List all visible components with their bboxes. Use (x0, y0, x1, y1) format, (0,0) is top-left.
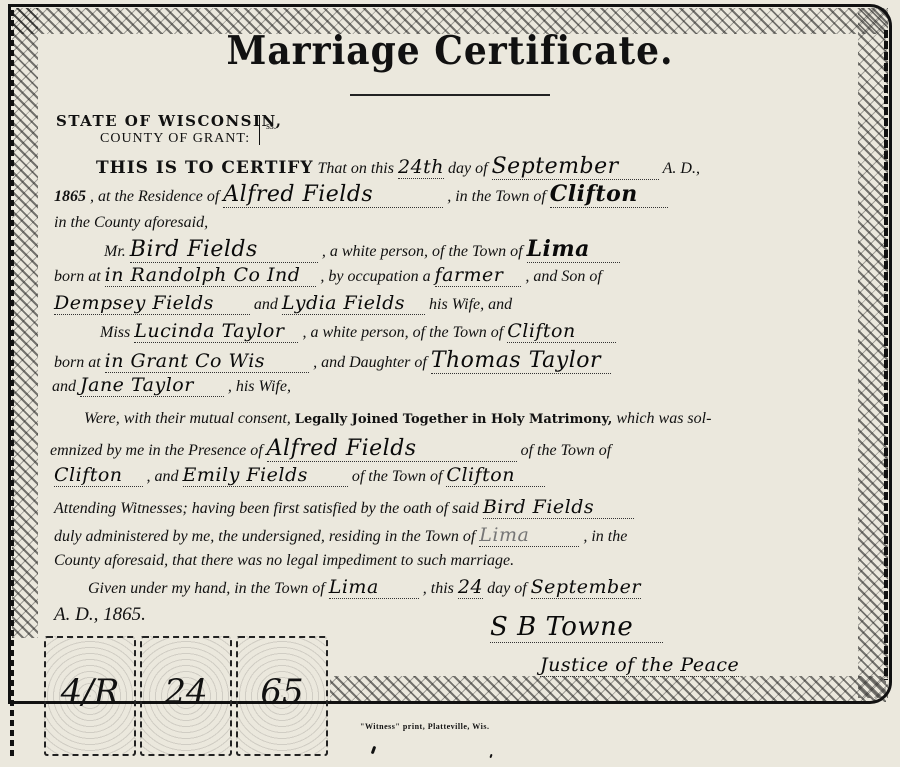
revenue-stamp: 24 (140, 636, 232, 756)
print-text: of the Town of (352, 468, 443, 485)
witness1-name-field: Alfred Fields (267, 436, 517, 462)
month-field: September (492, 154, 659, 180)
bride-mother-field: Jane Taylor (80, 374, 224, 397)
groom-birth-line: born at in Randolph Co Ind , by occupati… (54, 264, 602, 286)
print-text: , and (147, 468, 179, 485)
matrimony-line: Were, with their mutual consent, Legally… (84, 410, 711, 428)
residing-town-field: Lima (479, 524, 579, 547)
oath-of-field: Bird Fields (483, 496, 634, 519)
stamp-cancellation: 4/R (46, 672, 134, 712)
revenue-stamps: 4/R 24 65 (44, 636, 334, 761)
print-text: That on this (318, 160, 394, 177)
print-text: , in the Town of (447, 188, 546, 205)
given-month-field: September (531, 576, 641, 599)
residence-of-field: Alfred Fields (223, 182, 443, 208)
oath-line: Attending Witnesses; having been first s… (54, 496, 634, 518)
bride-birth-line: born at in Grant Co Wis , and Daughter o… (54, 348, 611, 373)
signature-title: Justice of the Peace (540, 654, 739, 677)
border-bar-right (884, 30, 888, 680)
revenue-stamp: 4/R (44, 636, 136, 756)
groom-town-field: Lima (527, 236, 620, 263)
ornamental-border-left (12, 8, 38, 638)
ornamental-border-bottom (330, 676, 886, 702)
groom-father-field: Dempsey Fields (54, 292, 250, 315)
bride-town-field: Clifton (507, 320, 616, 343)
groom-parents-line: Dempsey Fields and Lydia Fields his Wife… (54, 292, 512, 314)
border-bar-left (10, 10, 14, 760)
print-text: duly administered by me, the undersigned… (54, 528, 475, 545)
bride-title: Miss (100, 324, 130, 341)
presence-line: emnized by me in the Presence of Alfred … (50, 436, 611, 461)
print-text: born at (54, 354, 101, 371)
print-text: , in the (583, 528, 627, 545)
print-text: Attending Witnesses; having been first s… (54, 500, 479, 517)
legally-joined-text: Legally Joined Together in Holy Matrimon… (295, 412, 613, 427)
groom-line: Mr. Bird Fields , a white person, of the… (104, 236, 620, 262)
marriage-certificate: Marriage Certificate. STATE OF WISCONSIN… (0, 0, 900, 767)
stamp-cancellation: 65 (238, 672, 326, 712)
certify-line: THIS IS TO CERTIFY That on this 24th day… (96, 154, 700, 179)
print-text: of the Town of (521, 442, 612, 459)
title-divider (350, 94, 550, 96)
print-text: , at the Residence of (90, 188, 219, 205)
bride-father-field: Thomas Taylor (431, 348, 611, 374)
witness2-town-field: Clifton (446, 464, 545, 487)
witness2-name-field: Emily Fields (183, 464, 348, 487)
print-text: emnized by me in the Presence of (50, 442, 263, 459)
ink-speck (489, 754, 492, 758)
year-field: 1865 (54, 188, 86, 205)
witness-line: Clifton , and Emily Fields of the Town o… (54, 464, 545, 486)
printer-imprint: "Witness" print, Platteville, Wis. (360, 722, 489, 731)
print-text: A. D., (663, 160, 700, 177)
print-text: Given under my hand, in the Town of (88, 580, 325, 597)
state-label: STATE OF WISCONSIN, (56, 112, 282, 130)
county-aforesaid: in the County aforesaid, (54, 214, 208, 232)
print-text: and (52, 378, 76, 395)
revenue-stamp: 65 (236, 636, 328, 756)
groom-occupation-field: farmer (435, 264, 522, 287)
print-text: , his Wife, (228, 378, 291, 395)
bride-name-field: Lucinda Taylor (134, 320, 298, 343)
given-town-field: Lima (329, 576, 419, 599)
print-text: day of (448, 160, 488, 177)
residence-town-field: Clifton (550, 181, 668, 208)
stamp-cancellation: 24 (142, 672, 230, 712)
print-text: day of (487, 580, 527, 597)
print-text: , a white person, of the Town of (302, 324, 503, 341)
county-label: COUNTY OF GRANT: (100, 131, 250, 147)
print-text: , and Daughter of (313, 354, 427, 371)
venue-brace (259, 115, 262, 145)
given-year: A. D., 1865. (54, 604, 146, 626)
impediment-line: County aforesaid, that there was no lega… (54, 552, 514, 570)
print-text: , a white person, of the Town of (322, 243, 523, 260)
witness1-town-field: Clifton (54, 464, 143, 487)
ss-label: ss. (266, 121, 276, 132)
print-text: , by occupation a (320, 268, 430, 285)
certificate-title: Marriage Certificate. (0, 28, 900, 74)
print-text: his Wife, and (429, 296, 512, 313)
bride-mother-line: and Jane Taylor , his Wife, (52, 374, 291, 396)
bride-birthplace-field: in Grant Co Wis (105, 350, 309, 373)
groom-mother-field: Lydia Fields (282, 292, 425, 315)
duly-line: duly administered by me, the undersigned… (54, 524, 627, 546)
given-line: Given under my hand, in the Town of Lima… (88, 576, 641, 598)
print-text: , and Son of (525, 268, 601, 285)
certify-caps: THIS IS TO CERTIFY (96, 158, 314, 178)
bride-line: Miss Lucinda Taylor , a white person, of… (100, 320, 616, 342)
print-text: born at (54, 268, 101, 285)
residence-line: 1865 , at the Residence of Alfred Fields… (54, 181, 668, 207)
signature-name: S B Towne (490, 612, 663, 643)
groom-title: Mr. (104, 243, 126, 260)
print-text: and (254, 296, 278, 313)
day-field: 24th (398, 156, 444, 179)
groom-name-field: Bird Fields (130, 237, 318, 263)
given-day-field: 24 (458, 576, 483, 599)
print-text: Were, with their mutual consent, (84, 410, 291, 427)
groom-birthplace-field: in Randolph Co Ind (105, 264, 317, 287)
print-text: which was sol- (616, 410, 711, 427)
print-text: , this (423, 580, 454, 597)
ink-speck (371, 746, 377, 755)
